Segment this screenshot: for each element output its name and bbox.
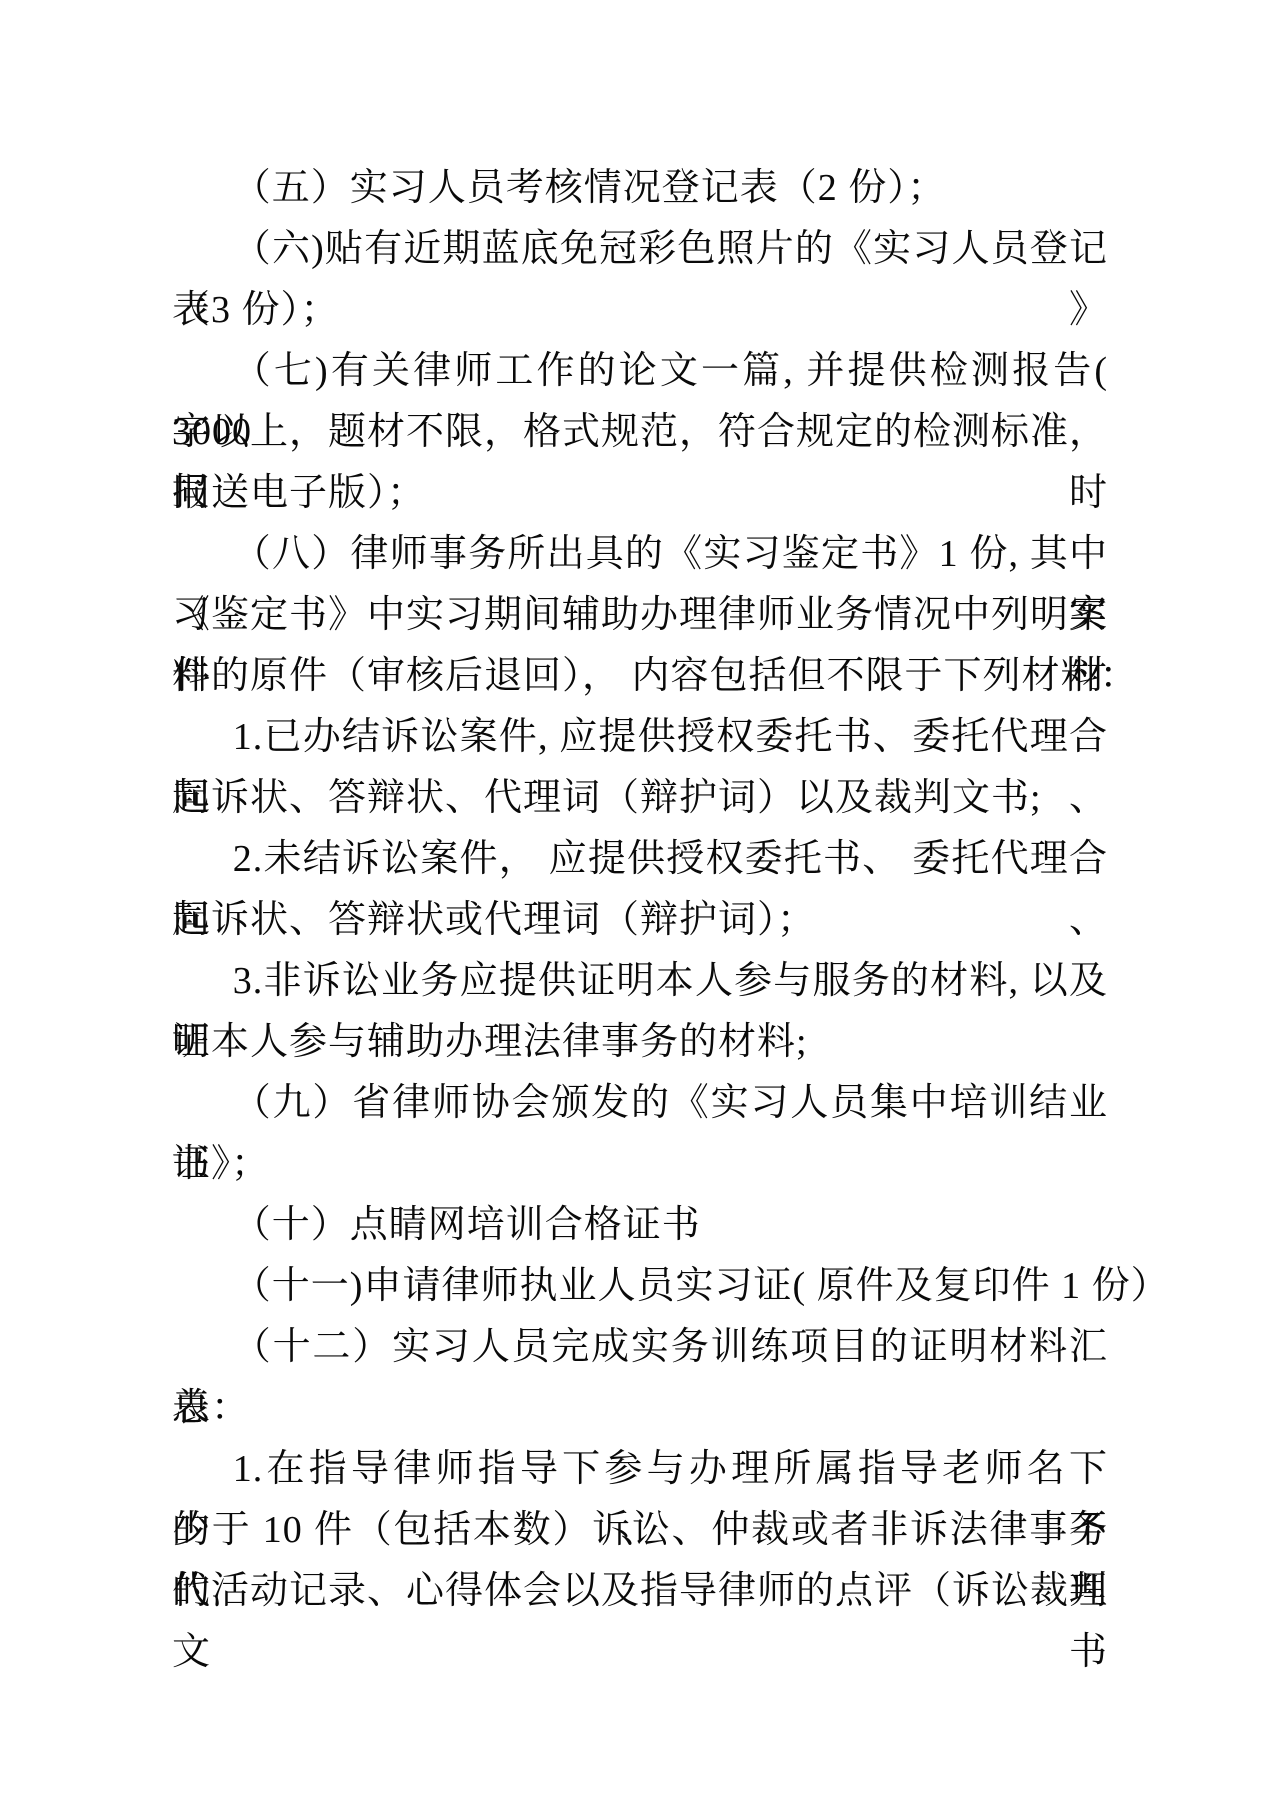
text-line: （十一)申请律师执业人员实习证( 原件及复印件 1 份） [172, 1256, 1108, 1317]
text-line: 字以上，题材不限，格式规范，符合规定的检测标准，同时 [172, 402, 1108, 463]
text-line: 2.未结诉讼案件， 应提供授权委托书、 委托代理合同、 [172, 829, 1108, 890]
text-line: 明本人参与辅助办理法律事务的材料; [172, 1012, 1108, 1073]
text-line: 书》； [172, 1134, 1108, 1195]
text-line: 3.非诉讼业务应提供证明本人参与服务的材料, 以及证 [172, 951, 1108, 1012]
text-line: （六)贴有近期蓝底免冠彩色照片的《实习人员登记表》 [172, 219, 1108, 280]
text-line: 1.在指导律师指导下参与办理所属指导老师名下的、不 [172, 1439, 1108, 1500]
text-line: 起诉状、答辩状、代理词（辩护词）以及裁判文书; [172, 768, 1108, 829]
text-line: 习鉴定书》中实习期间辅助办理律师业务情况中列明案件材 [172, 585, 1108, 646]
document-lines: （五）实习人员考核情况登记表（2 份）；（六)贴有近期蓝底免冠彩色照片的《实习人… [172, 158, 1108, 1622]
text-line: （十二）实习人员完成实务训练项目的证明材料汇总 [172, 1317, 1108, 1378]
text-line: 少于 10 件（包括本数）诉讼、仲裁或者非诉法律事务代理 [172, 1500, 1108, 1561]
text-line: （九）省律师协会颁发的《实习人员集中培训结业证 [172, 1073, 1108, 1134]
text-line: （八）律师事务所出具的《实习鉴定书》1 份, 其中《实 [172, 524, 1108, 585]
text-line: （七)有关律师工作的论文一篇, 并提供检测报告( 3000 [172, 341, 1108, 402]
text-line: （五）实习人员考核情况登记表（2 份）； [172, 158, 1108, 219]
document-page: （五）实习人员考核情况登记表（2 份）；（六)贴有近期蓝底免冠彩色照片的《实习人… [0, 0, 1280, 1810]
text-line: 1.已办结诉讼案件, 应提供授权委托书、委托代理合同、 [172, 707, 1108, 768]
text-line: 表： [172, 1378, 1108, 1439]
text-line: （十）点睛网培训合格证书 [172, 1195, 1108, 1256]
text-line: 的活动记录、心得体会以及指导律师的点评（诉讼裁判文书 [172, 1561, 1108, 1622]
text-line: 料的原件（审核后退回）， 内容包括但不限于下列材料： [172, 646, 1108, 707]
